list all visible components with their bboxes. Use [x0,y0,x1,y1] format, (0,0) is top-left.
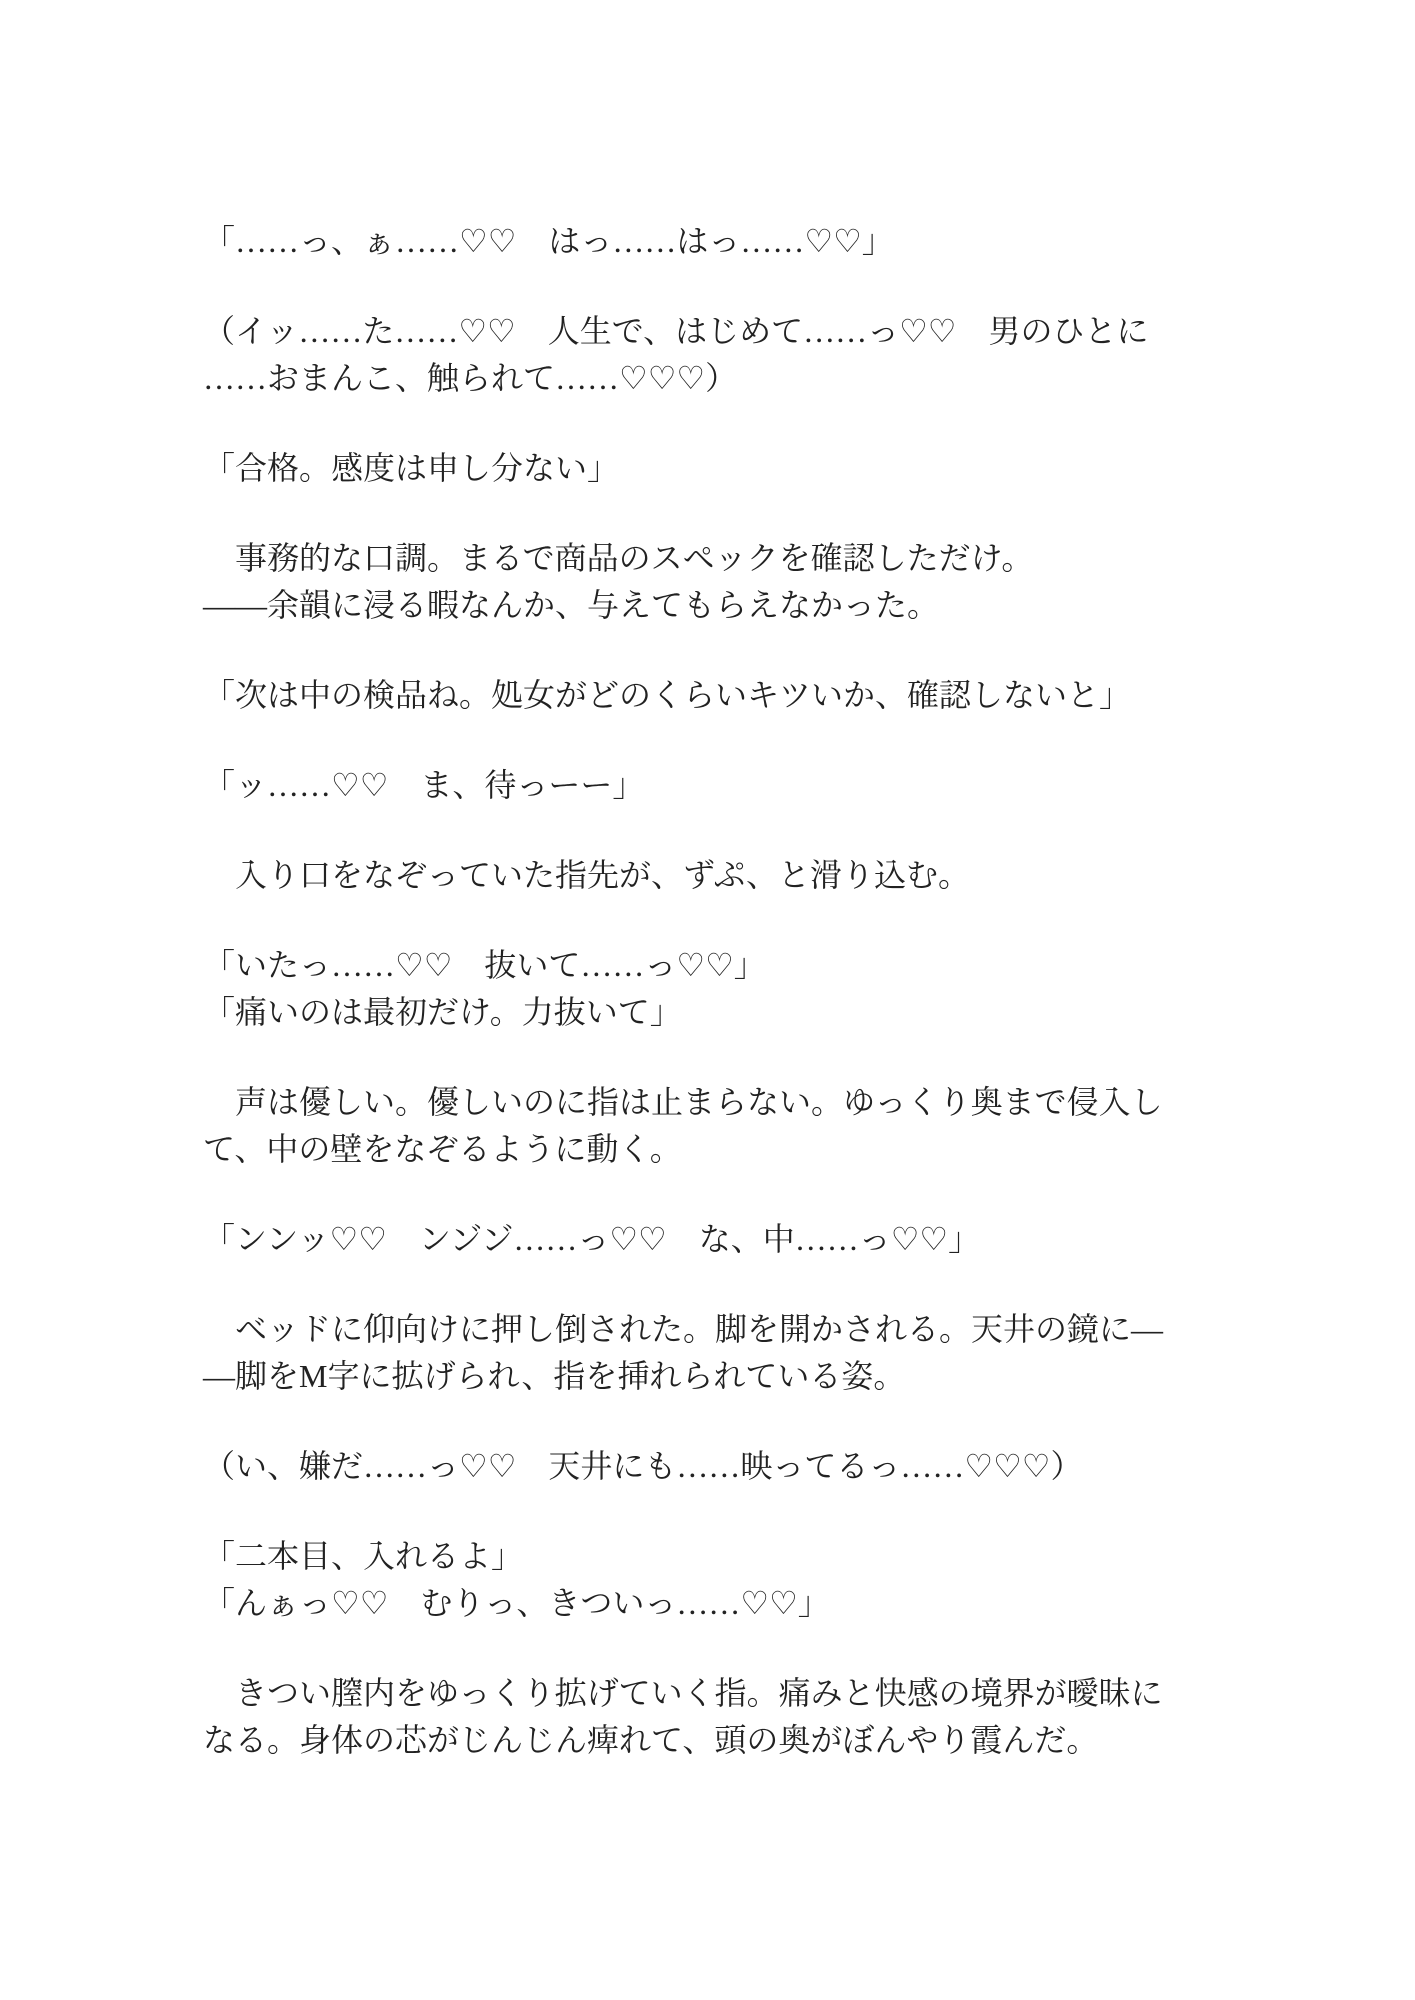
story-paragraph: 「ンンッ♡♡ ンン゙ン゙……っ♡♡ な、中……っ♡♡」 [203,1216,1263,1263]
story-paragraph: きつい膣内をゆっくり拡げていく指。痛みと快感の境界が曖昧に なる。身体の芯がじん… [203,1670,1263,1764]
story-paragraph: 「……っ、ぁ……♡♡ はっ……はっ……♡♡」 [203,218,1263,265]
story-paragraph: 「二本目、入れるよ」 「んぁっ♡♡ むりっ、きついっ……♡♡」 [203,1533,1263,1627]
story-paragraph: （イッ……た……♡♡ 人生で、はじめて……っ♡♡ 男のひとに ……おまんこ、触ら… [203,308,1263,402]
story-paragraph: 「いたっ……♡♡ 抜いて……っ♡♡」 「痛いのは最初だけ。力抜いて」 [203,942,1263,1036]
story-paragraph: 入り口をなぞっていた指先が、ずぷ、と滑り込む。 [203,852,1263,899]
story-paragraph: （い、嫌だ……っ♡♡ 天井にも……映ってるっ……♡♡♡） [203,1443,1263,1490]
story-paragraph: 「ッ……♡♡ ま、待っーー」 [203,762,1263,809]
story-paragraph: 声は優しい。優しいのに指は止まらない。ゆっくり奥まで侵入し て、中の壁をなぞるよ… [203,1079,1263,1173]
story-paragraph: 事務的な口調。まるで商品のスペックを確認しただけ。 ——余韻に浸る暇なんか、与え… [203,535,1263,629]
story-paragraph: 「合格。感度は申し分ない」 [203,445,1263,492]
novel-page: 「……っ、ぁ……♡♡ はっ……はっ……♡♡」 （イッ……た……♡♡ 人生で、はじ… [0,0,1415,2000]
story-text-block: 「……っ、ぁ……♡♡ はっ……はっ……♡♡」 （イッ……た……♡♡ 人生で、はじ… [203,218,1263,1764]
story-paragraph: 「次は中の検品ね。処女がどのくらいキツいか、確認しないと」 [203,672,1263,719]
story-paragraph: ベッドに仰向けに押し倒された。脚を開かされる。天井の鏡に— —脚をM字に拡げられ… [203,1306,1263,1400]
